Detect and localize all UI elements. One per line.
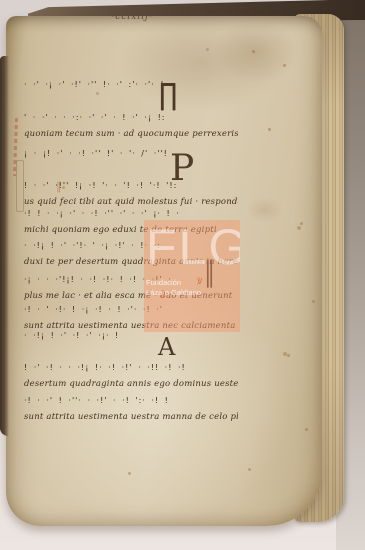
- chant-text: desertum quadraginta annis ego dominus u…: [24, 378, 238, 390]
- neume-line: ¡ · ¡! ·' · ·! ·'' !' · '· /' ·''!: [24, 149, 238, 164]
- chant-text: us quid feci tibi aut quid molestus fui …: [24, 196, 238, 208]
- neume-line: ' · ·' · · ·:· ·' ·' · ! ·' ·¡ !:: [24, 113, 238, 128]
- watermark-initials: FLG: [146, 220, 240, 276]
- manuscript-photo: ·cclxiij· · ·' ·¡ ·' ·!' ·'' !· ·' :'· ·…: [0, 0, 365, 550]
- chant-text: quoniam tecum sum · ad quocumque perrexe…: [24, 128, 238, 140]
- chant-text: sunt attrita uestimenta uestra manna de …: [24, 411, 238, 423]
- margin-sketch: [16, 160, 24, 212]
- neume-line: · ·!¡ ! ·' ·! ·' ·¡· !: [24, 331, 238, 346]
- gutter-shadow: [0, 56, 9, 436]
- neume-line: ·! · ·' ! ·''· · ·!' · ·! ':· ·! !: [24, 396, 238, 411]
- neume-line: · ·' ·¡ ·' ·!' ·'' !· ·' :'· ·'· !: [24, 80, 238, 95]
- watermark-name-line1: Fundación: [146, 278, 181, 287]
- decorated-initial-a: A: [158, 333, 175, 361]
- watermark-name-line2: Lázaro Galdiano: [146, 288, 201, 297]
- chant-line-11: ·! · ·' ! ·''· · ·!' · ·! ':· ·! ! sunt …: [24, 396, 238, 423]
- neume-line: ! ·' ·! · · ·!¡ !· ·! ·!' · ·!! ·! ·!: [24, 363, 238, 378]
- decorated-initial: ∏: [159, 77, 177, 112]
- chant-line-10: ! ·' ·! · · ·!¡ !· ·! ·!' · ·!! ·! ·! de…: [24, 363, 238, 390]
- watermark-overlay: FLG Fundación Lázaro Galdiano: [144, 220, 240, 332]
- chant-line-3: ¡ · ¡! ·' · ·! ·'' !' · '· /' ·''! ram t…: [24, 149, 238, 164]
- margin-red-strokes: ∥: [56, 180, 62, 193]
- chant-line-1: · ·' ·¡ ·' ·!' ·'' !· ·' :'· ·'· ! de te…: [24, 80, 238, 95]
- decorated-initial-p: P: [170, 148, 194, 189]
- parchment-stains: [0, 0, 4, 4]
- chant-line-2: ' · ·' · · ·:· ·' ·' · ! ·' ·¡ !: quonia…: [24, 113, 238, 140]
- chant-line-9: · ·!¡ ! ·' ·! ·' ·¡· ! que uetustate con…: [24, 331, 238, 346]
